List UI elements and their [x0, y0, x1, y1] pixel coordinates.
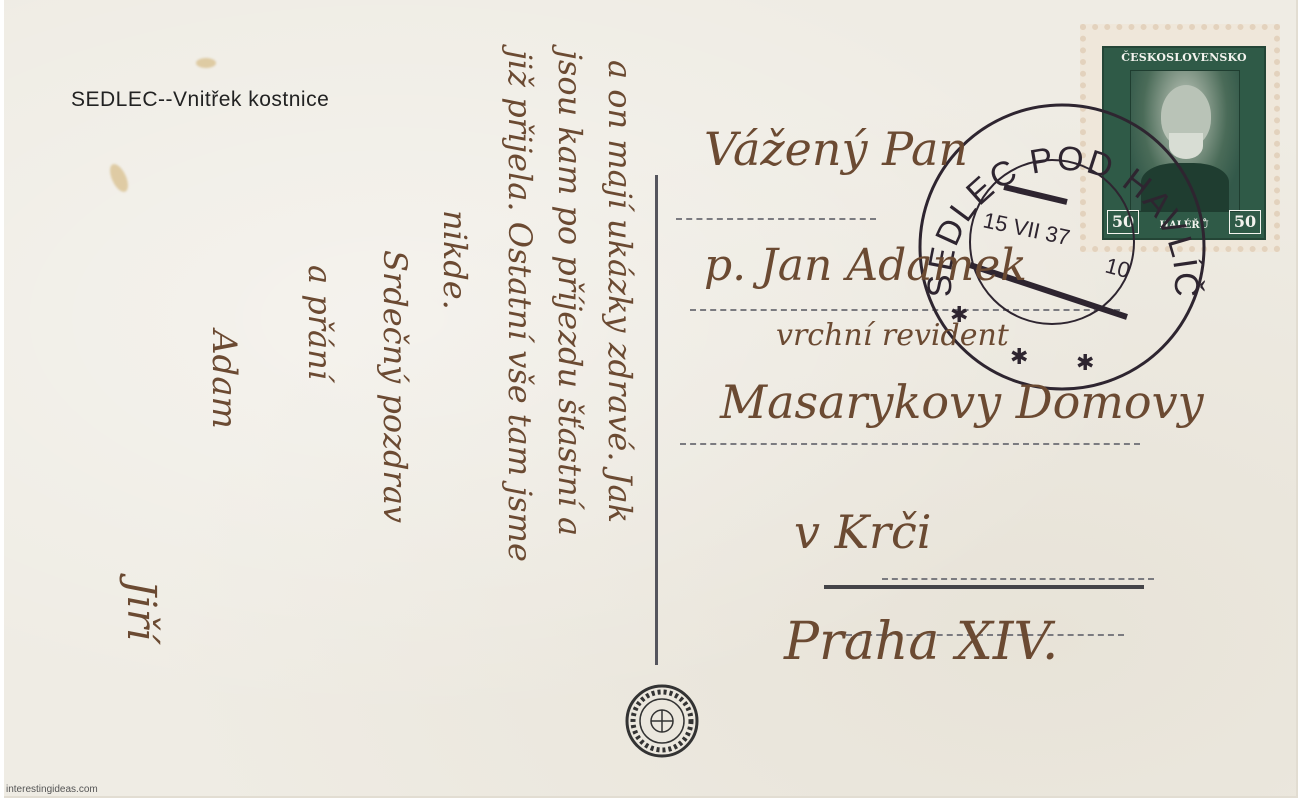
message-line: a přání	[301, 265, 339, 380]
address-line-5: v Krči	[794, 505, 931, 559]
svg-text:✱: ✱	[1076, 351, 1094, 376]
message-line: Srdečný pozdrav	[376, 250, 414, 523]
address-line-dotted	[680, 443, 1140, 445]
divider-line	[655, 175, 658, 665]
message-line: již přijela. Ostatní vše tam jsme	[501, 50, 539, 562]
address-line-3: vrchní revident	[776, 318, 1009, 353]
watermark: interestingideas.com	[6, 784, 98, 795]
postcard: SEDLEC--Vnitřek kostnice ČESKOSLOVENSKO …	[4, 0, 1298, 798]
address-line-2: p. Jan Adamek	[704, 240, 1027, 291]
address-line-1: Vážený Pan	[704, 122, 968, 176]
printer-seal-icon	[624, 683, 700, 759]
address-line-dotted	[676, 218, 876, 220]
address-line-dotted	[882, 578, 1154, 580]
printed-caption: SEDLEC--Vnitřek kostnice	[71, 88, 329, 112]
signature: Jiří	[118, 580, 164, 641]
stamp-country: ČESKOSLOVENSKO	[1104, 51, 1264, 64]
message-line: Adam	[204, 330, 244, 429]
message-line: a on mají ukázky zdravé. Jak	[601, 60, 639, 523]
message-line: nikde.	[436, 210, 474, 310]
postmark-hour: 10	[1103, 253, 1133, 283]
address-line-6: Praha XIV.	[784, 612, 1058, 672]
svg-text:✱: ✱	[1010, 345, 1028, 370]
stain	[196, 58, 216, 68]
stamp-value: 50	[1229, 210, 1261, 234]
stain	[106, 161, 131, 194]
message-line: jsou kam po příjezdu šťastní a	[551, 50, 589, 536]
address-line-4: Masarykovy Domovy	[720, 375, 1204, 429]
address-line-solid	[824, 585, 1144, 589]
